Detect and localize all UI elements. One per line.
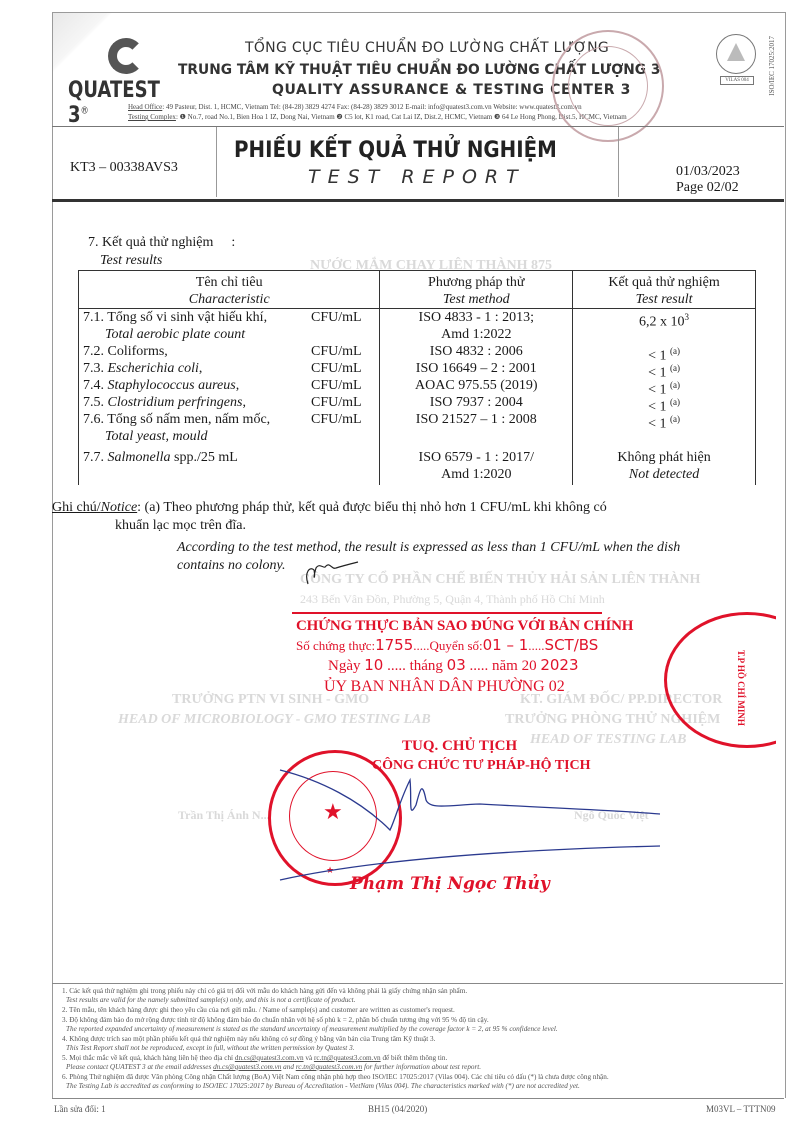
table-row: 7.2. Coliforms,CFU/mL xyxy=(83,343,375,360)
quatest3-logo: QUATEST 3® xyxy=(68,38,188,108)
table-header-row: Tên chỉ tiêuCharacteristic Phương pháp t… xyxy=(79,271,756,309)
email-link-rc-en[interactable]: rc.tn@quatest3.com.vn xyxy=(296,1063,362,1071)
email-link-dn-en[interactable]: dn.cs@quatest3.com.vn xyxy=(213,1063,281,1071)
partial-seal-text: T.P HỒ CHÍ MINH xyxy=(736,650,746,726)
initials-signature-icon xyxy=(300,558,360,588)
org-line-1: TỔNG CỤC TIÊU CHUẨN ĐO LƯỜNG CHẤT LƯỢNG xyxy=(245,40,609,56)
email-link-dn[interactable]: dn.cs@quatest3.com.vn xyxy=(235,1054,304,1062)
issue-code: BH15 (04/2020) xyxy=(368,1104,427,1114)
table-row: 7.7. Salmonella spp./25 mL xyxy=(83,449,375,466)
method-column: ISO 4833 - 1 : 2013; Amd 1:2022 ISO 4832… xyxy=(380,309,573,486)
notice-line-2: khuẩn lạc mọc trên đĩa. xyxy=(115,518,246,534)
footer-rule xyxy=(52,1098,784,1099)
revision: Lần sửa đổi: 1 xyxy=(54,1104,106,1114)
accreditation-emblem-icon xyxy=(716,34,756,74)
email-link-rc[interactable]: rc.tn@quatest3.com.vn xyxy=(314,1054,381,1062)
accreditation-logo: VILAS 004 xyxy=(716,34,758,82)
report-date: 01/03/2023 xyxy=(676,164,740,180)
table-row: 7.5. Clostridium perfringens,CFU/mL xyxy=(83,394,375,411)
faded-head-testing: HEAD OF TESTING LAB xyxy=(530,732,687,748)
signature-icon xyxy=(250,760,670,890)
stamp-authority: ỦY BAN NHÂN DÂN PHƯỜNG 02 xyxy=(324,678,565,696)
header-bottom-rule xyxy=(52,199,784,202)
table-row: 7.1. Tổng số vi sinh vật hiếu khí,CFU/mL xyxy=(83,309,375,326)
on-behalf-label: TUQ. CHỦ TỊCH xyxy=(402,738,517,755)
contact-line: 5. Mọi thắc mắc về kết quả, khách hàng l… xyxy=(62,1054,447,1062)
signer-name: Phạm Thị Ngọc Thủy xyxy=(350,874,550,894)
table-body: 7.1. Tổng số vi sinh vật hiếu khí,CFU/mL… xyxy=(79,309,756,486)
faded-customer-address: 243 Bến Vân Đồn, Phường 5, Quận 4, Thành… xyxy=(300,592,605,607)
stamp-date: Ngày 10 ..... tháng 03 ..... năm 20 2023 xyxy=(328,656,579,675)
testing-complex-address: Testing Complex: ❶ No.7, road No.1, Bien… xyxy=(128,113,627,121)
result-column: 6,2 x 103 < 1 (a) < 1 (a) < 1 (a) < 1 (a… xyxy=(573,309,756,486)
report-title-vn: PHIẾU KẾT QUẢ THỬ NGHIỆM xyxy=(234,138,557,163)
report-title-en: TEST REPORT xyxy=(308,166,526,188)
faded-head-lab-en: HEAD OF MICROBIOLOGY - GMO TESTING LAB xyxy=(118,712,431,728)
faded-customer: CÔNG TY CỔ PHẦN CHẾ BIẾN THỦY HẢI SẢN LI… xyxy=(300,572,700,588)
header-test-result: Kết quả thử nghiệmTest result xyxy=(573,271,756,309)
notice-en-line-2: contains no colony. xyxy=(177,558,286,574)
form-code: M03VL – TTTN09 xyxy=(706,1104,776,1114)
notice: Ghi chú/Notice: (a) Theo phương pháp thử… xyxy=(52,500,772,516)
report-id: KT3 – 00338AVS3 xyxy=(70,160,178,176)
section-subtitle: Test results xyxy=(100,253,162,269)
head-office-address: Head Office: 49 Pasteur, Dist. 1, HCMC, … xyxy=(128,103,582,111)
table-row: 7.3. Escherichia coli,CFU/mL xyxy=(83,360,375,377)
contact-line-en: Please contact QUATEST 3 at the email ad… xyxy=(66,1063,481,1071)
iso-vertical-label: ISO/IEC 17025:2017 xyxy=(768,36,776,96)
section-title: 7. Kết quả thử nghiệm: xyxy=(88,235,235,251)
logo-ring-icon xyxy=(108,38,144,74)
test-results-table: Tên chỉ tiêuCharacteristic Phương pháp t… xyxy=(78,270,756,485)
header-divider xyxy=(52,126,784,127)
header-separator-left xyxy=(216,127,217,197)
vilas-box: VILAS 004 xyxy=(720,76,754,85)
header-test-method: Phương pháp thửTest method xyxy=(380,271,573,309)
stamp-title: CHỨNG THỰC BẢN SAO ĐÚNG VỚI BẢN CHÍNH xyxy=(296,618,633,635)
header-separator-right xyxy=(618,127,619,197)
page-number: Page 02/02 xyxy=(676,180,739,196)
table-row: 7.4. Staphylococcus aureus,CFU/mL xyxy=(83,377,375,394)
stamp-cert-number: Số chứng thực:1755.....Quyển số:01 – 1..… xyxy=(296,636,598,654)
table-row: 7.6. Tổng số nấm men, nấm mốc,CFU/mL xyxy=(83,411,375,428)
header-characteristic: Tên chỉ tiêuCharacteristic xyxy=(79,271,380,309)
notice-en-line-1: According to the test method, the result… xyxy=(177,540,680,556)
